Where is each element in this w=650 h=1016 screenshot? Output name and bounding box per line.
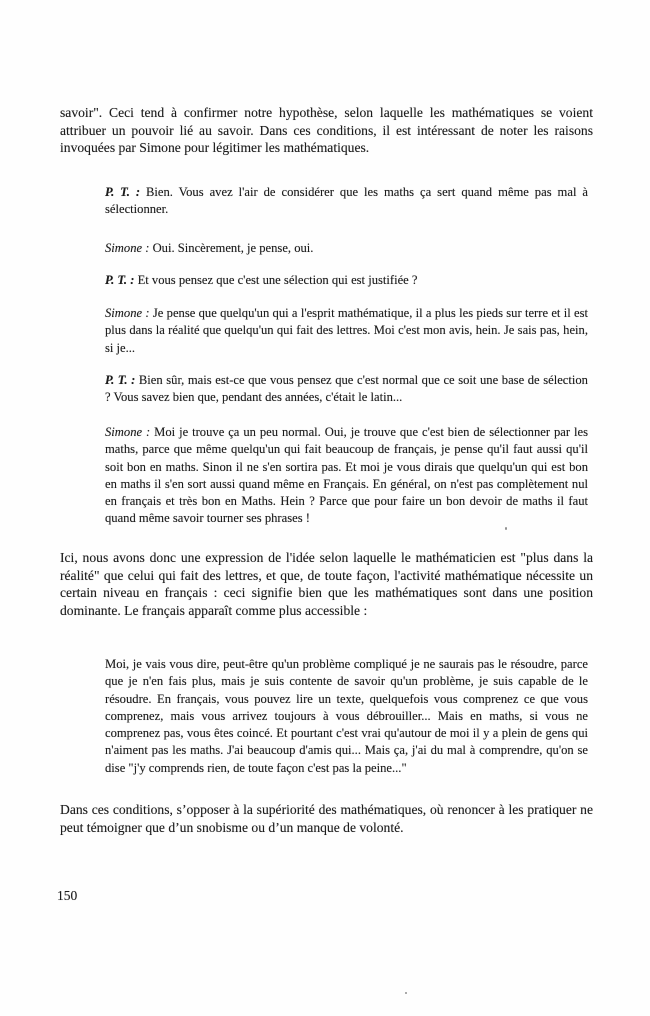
scan-speck [405, 992, 407, 994]
paragraph-text: Moi je trouve ça un peu normal. Oui, je … [105, 425, 588, 525]
speaker-label: Simone : [105, 241, 149, 255]
dialogue-pt-2: P. T. : Et vous pensez que c'est une sél… [105, 272, 588, 289]
paragraph-conclusion: Dans ces conditions, s’opposer à la supé… [60, 801, 593, 836]
speaker-label: P. T. : [105, 185, 140, 199]
paragraph-text: Oui. Sincèrement, je pense, oui. [153, 241, 314, 255]
document-page: savoir". Ceci tend à confirmer notre hyp… [0, 0, 650, 1016]
paragraph-text: Bien. Vous avez l'air de considérer que … [105, 185, 588, 216]
page-number: 150 [57, 888, 77, 904]
paragraph-text: Moi, je vais vous dire, peut-être qu'un … [105, 657, 588, 775]
paragraph-intro: savoir". Ceci tend à confirmer notre hyp… [60, 104, 593, 157]
paragraph-text: Et vous pensez que c'est une sélection q… [138, 273, 418, 287]
paragraph-text: savoir". Ceci tend à confirmer notre hyp… [60, 105, 593, 155]
dialogue-simone-2: Simone : Je pense que quelqu'un qui a l'… [105, 305, 588, 357]
paragraph-text: Bien sûr, mais est-ce que vous pensez qu… [105, 373, 588, 404]
speaker-label: Simone : [105, 306, 150, 320]
dialogue-pt-1: P. T. : Bien. Vous avez l'air de considé… [105, 184, 588, 219]
dialogue-pt-3: P. T. : Bien sûr, mais est-ce que vous p… [105, 372, 588, 407]
paragraph-text: Ici, nous avons donc une expression de l… [60, 550, 593, 618]
paragraph-commentary: Ici, nous avons donc une expression de l… [60, 549, 593, 619]
paragraph-text: Je pense que quelqu'un qui a l'esprit ma… [105, 306, 588, 355]
speaker-label: P. T. : [105, 373, 135, 387]
speaker-label: P. T. : [105, 273, 134, 287]
blockquote-simone: Moi, je vais vous dire, peut-être qu'un … [105, 656, 588, 777]
dialogue-simone-1: Simone : Oui. Sincèrement, je pense, oui… [105, 240, 588, 257]
scan-speck [505, 527, 507, 530]
dialogue-simone-3: Simone : Moi je trouve ça un peu normal.… [105, 424, 588, 528]
paragraph-text: Dans ces conditions, s’opposer à la supé… [60, 802, 593, 835]
speaker-label: Simone : [105, 425, 150, 439]
